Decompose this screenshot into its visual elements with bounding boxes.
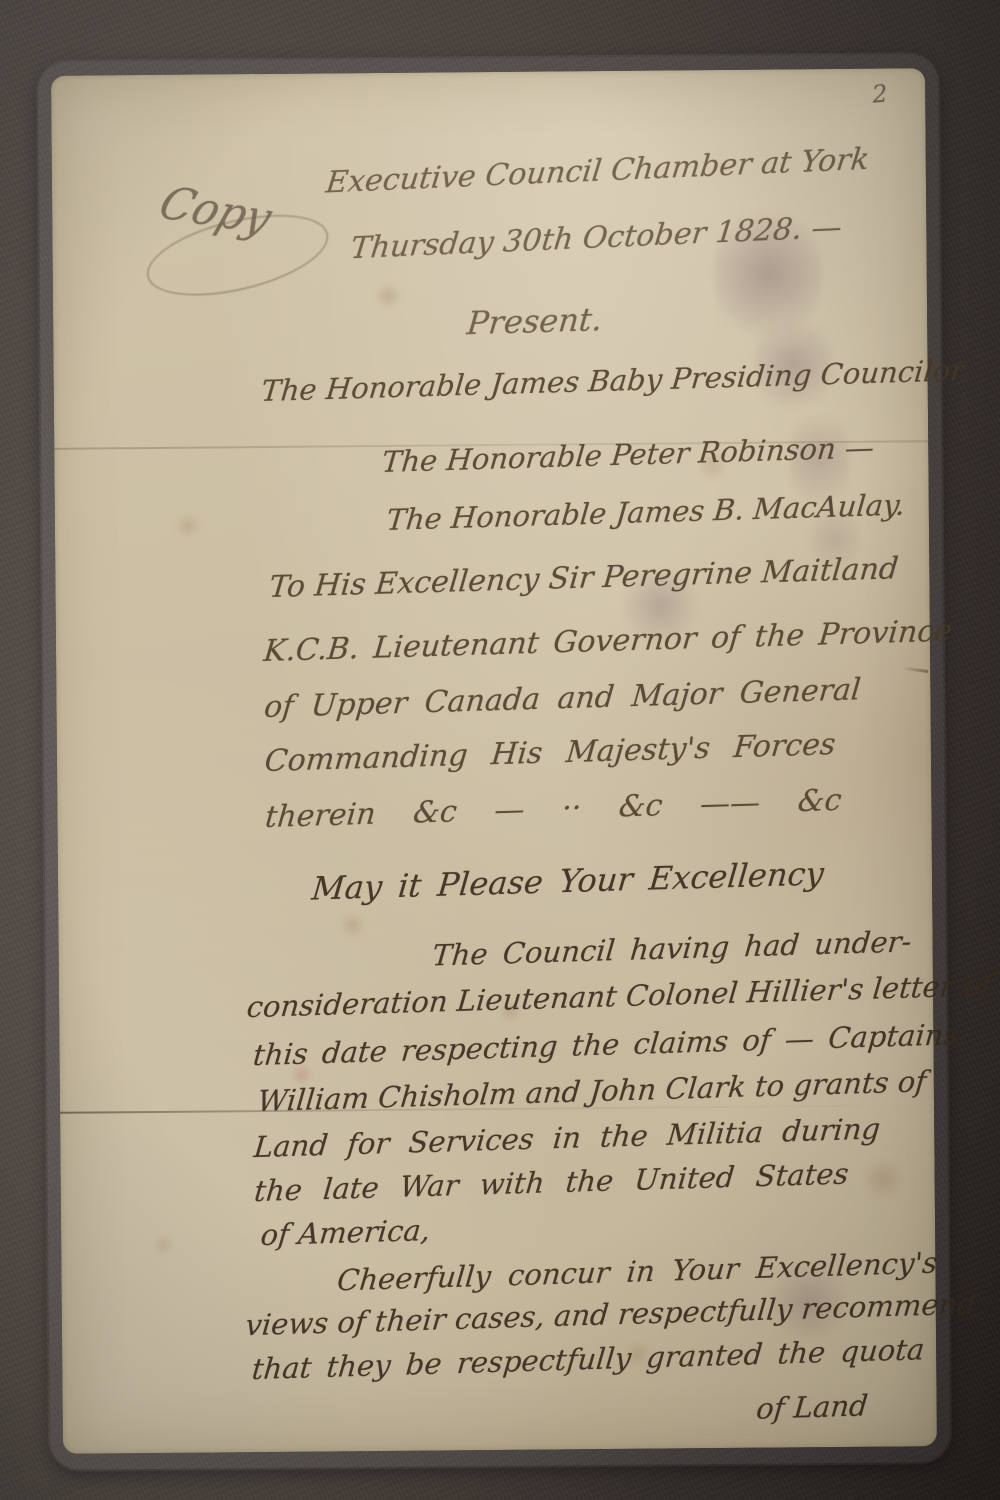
photo-background: Copy 2 Executive Council Chamber at York…: [0, 0, 1000, 1500]
photo-vignette: [0, 0, 1000, 1500]
